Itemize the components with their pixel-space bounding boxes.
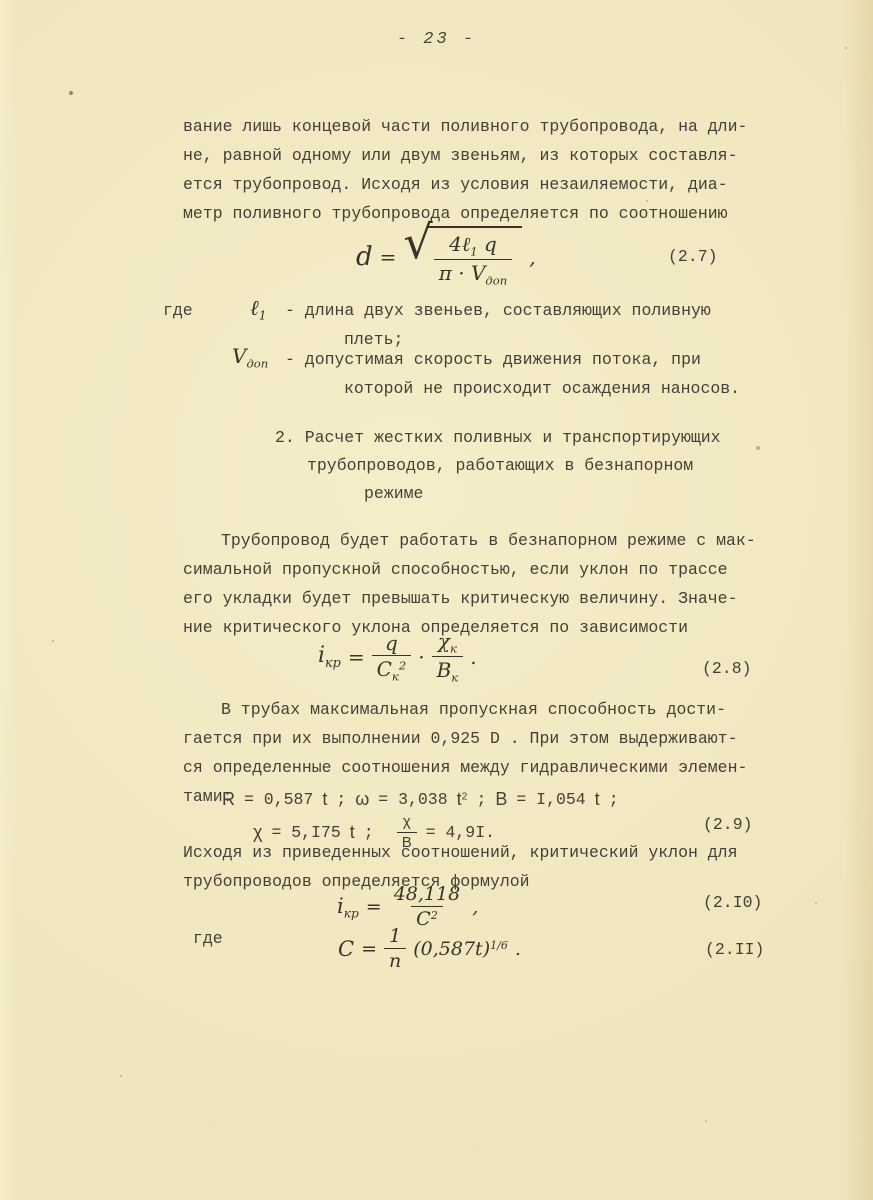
text-line: его укладки будет превышать критическую … xyxy=(183,589,756,618)
symbol: B xyxy=(437,658,452,682)
subscript: кр xyxy=(325,656,341,671)
formula-lhs: C xyxy=(338,937,354,961)
period: . xyxy=(470,645,476,669)
fraction-denominator: Cк2 xyxy=(372,655,412,683)
symbol: 4ℓ xyxy=(449,232,470,256)
text-line: не, равной одному или двум звеньям, из к… xyxy=(183,146,747,175)
definition-line: плеть; xyxy=(344,330,403,349)
subscript: 1 xyxy=(470,244,477,258)
text-line: В трубах максимальная пропускная способн… xyxy=(183,700,747,729)
fraction: q Cк2 xyxy=(372,632,412,684)
period: . xyxy=(515,938,521,960)
semicolon: ; xyxy=(364,823,374,842)
symbol: i xyxy=(318,643,325,668)
formula-lhs: iкр xyxy=(318,643,341,671)
equals-sign: = xyxy=(348,645,365,669)
comma: , xyxy=(472,896,478,918)
radicand: 4ℓ1 q π · Vдоп xyxy=(428,226,522,288)
symbol: V xyxy=(232,344,246,368)
subscript: доп xyxy=(485,274,507,288)
equation-number-2-7: (2.7) xyxy=(668,247,718,266)
exponent: 1/6 xyxy=(490,939,508,952)
symbol-t: t xyxy=(350,822,355,843)
fraction-numerator: 4ℓ1 q xyxy=(444,233,502,259)
fraction-numerator: 48,118 xyxy=(389,884,465,906)
text-line: ся определенные соотношения между гидрав… xyxy=(183,758,747,787)
symbol-l1: ℓ1 xyxy=(250,296,267,323)
multiplication-dot: · xyxy=(418,645,424,669)
where-label: где xyxy=(163,301,193,320)
scanned-document-page: - 23 - вание лишь концевой части поливно… xyxy=(0,0,873,1200)
section-heading-line-3: режиме xyxy=(364,484,423,503)
typed-segment: = 0,587 xyxy=(244,790,313,809)
equals-sign: = xyxy=(361,938,377,960)
typed-segment: = 3,038 xyxy=(378,790,447,809)
symbol: (0,587t) xyxy=(413,938,490,960)
equation-number-2-8: (2.8) xyxy=(702,659,752,678)
text-line: ется трубопровод. Исходя из условия неза… xyxy=(183,175,747,204)
subscript: доп xyxy=(246,356,268,370)
symbol-t: t xyxy=(595,789,600,810)
equals-sign: = xyxy=(366,896,382,918)
symbol: χ xyxy=(438,629,450,653)
typed-segment: = 5,I75 xyxy=(271,823,340,842)
fraction-numerator: χ xyxy=(398,814,416,832)
text-line: симальной пропускной способностью, если … xyxy=(183,560,756,589)
symbol-t: t xyxy=(322,789,327,810)
symbol-omega: ω xyxy=(355,789,369,810)
symbol: C xyxy=(377,657,392,681)
radical-sign: √ xyxy=(403,223,432,262)
fraction: 4ℓ1 q π · Vдоп xyxy=(434,233,512,288)
formula-lhs: iкр xyxy=(337,894,359,921)
superscript: 2 xyxy=(399,659,406,673)
subscript: 1 xyxy=(259,309,267,323)
superscript: 2 xyxy=(431,909,438,922)
symbol-vdop: Vдоп xyxy=(232,344,268,370)
equation-number-2-11: (2.II) xyxy=(705,940,764,959)
fraction-numerator: χк xyxy=(433,630,462,656)
formula-2-8: iкр = q Cк2 · χк Bк . xyxy=(318,630,477,685)
equation-number-2-9: (2.9) xyxy=(703,815,753,834)
symbol-R: R xyxy=(222,789,235,810)
fraction: 1 n xyxy=(384,926,406,973)
definition-line: - допустимая скорость движения потока, п… xyxy=(285,350,701,369)
formula-2-7: d = √ 4ℓ1 q π · Vдоп , xyxy=(356,226,536,288)
formula-2-11: C = 1 n (0,587t)1/6 . xyxy=(338,926,521,973)
fraction-denominator: Bк xyxy=(432,656,464,684)
typed-segment: = I,054 xyxy=(516,790,585,809)
equation-number-2-10: (2.I0) xyxy=(703,893,762,912)
fraction: 48,118 C2 xyxy=(389,884,465,931)
section-heading-line-1: 2. Расчет жестких поливных и транспортир… xyxy=(275,428,721,447)
fraction-numerator: 1 xyxy=(384,926,406,948)
radical: √ 4ℓ1 q π · Vдоп xyxy=(403,226,522,288)
where-label: где xyxy=(193,929,223,948)
subscript: кр xyxy=(344,907,359,921)
symbol: ℓ xyxy=(250,296,259,320)
symbol-t-squared: t2 xyxy=(457,789,468,810)
symbol: q xyxy=(478,232,497,256)
semicolon: ; xyxy=(609,790,619,809)
paper-specks xyxy=(0,0,2,2)
text-line: вание лишь концевой части поливного труб… xyxy=(183,117,747,146)
superscript: 2 xyxy=(462,791,468,802)
fraction-denominator: π · Vдоп xyxy=(434,259,512,287)
fraction: χк Bк xyxy=(432,630,464,685)
formula-2-9-line-1: R = 0,587 t ; ω = 3,038 t2 ; B = I,054 t… xyxy=(222,789,619,810)
symbol-chi: χ xyxy=(253,822,262,843)
symbol-B: B xyxy=(495,789,507,810)
subscript: к xyxy=(451,671,458,685)
formula-2-10: iкр = 48,118 C2 , xyxy=(337,884,478,931)
semicolon: ; xyxy=(336,790,346,809)
comma: , xyxy=(529,245,535,269)
subscript: к xyxy=(450,641,457,655)
definition-line: - длина двух звеньев, составляющих полив… xyxy=(285,301,711,320)
fraction-denominator: n xyxy=(384,948,406,972)
formula-lhs: d xyxy=(356,242,373,272)
section-heading-line-2: трубопроводов, работающих в безнапорном xyxy=(307,456,693,475)
text-line: Исходя из приведенных соотношений, крити… xyxy=(183,843,738,872)
page-number: - 23 - xyxy=(0,30,873,49)
definition-line: которой не происходит осаждения наносов. xyxy=(344,379,740,398)
equals-sign: = xyxy=(380,245,397,269)
symbol: i xyxy=(337,894,344,918)
typed-segment: = 4,9I. xyxy=(426,823,495,842)
text-line: Трубопровод будет работать в безнапорном… xyxy=(183,531,756,560)
subscript: к xyxy=(392,669,399,683)
parenthesized-term: (0,587t)1/6 xyxy=(413,938,508,960)
symbol: π · V xyxy=(439,261,486,285)
paragraph-1: вание лишь концевой части поливного труб… xyxy=(183,117,747,233)
semicolon: ; xyxy=(476,790,486,809)
text-line: гается при их выполнении 0,925 D . При э… xyxy=(183,729,747,758)
fraction-numerator: q xyxy=(380,632,403,655)
